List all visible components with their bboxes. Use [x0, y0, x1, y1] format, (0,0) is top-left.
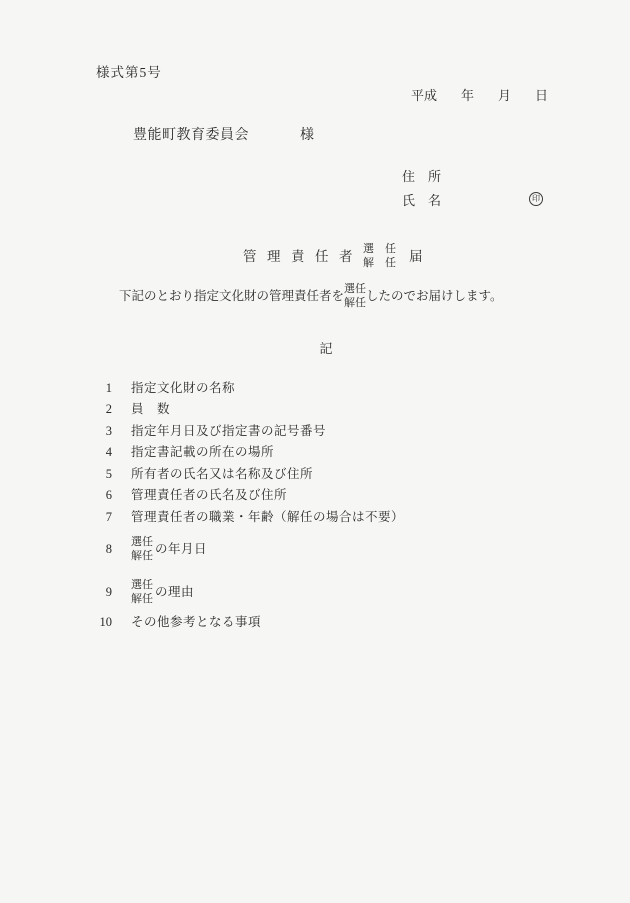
form-number: 様式第5号 — [96, 66, 162, 80]
list-item-2: 2 員 数 — [95, 403, 170, 416]
addressee-line: 豊能町教育委員会 様 — [133, 129, 315, 143]
item-number: 1 — [95, 382, 112, 395]
item-label: 指定年月日及び指定書の記号番号 — [131, 425, 326, 438]
item-number: 5 — [95, 468, 112, 481]
item-number: 6 — [95, 489, 112, 502]
item-dismiss-label: 解任 — [131, 593, 153, 607]
item-number: 7 — [95, 511, 112, 524]
item-appoint-label: 選任 — [131, 579, 153, 593]
item-number: 9 — [95, 586, 112, 599]
item-number: 4 — [95, 446, 112, 459]
seal-icon: 印 — [529, 192, 543, 206]
body-after: したのでお届けします。 — [366, 290, 503, 303]
list-item-7: 7 管理責任者の職業・年齢（解任の場合は不要） — [95, 511, 404, 524]
list-item-8: 8 選任 解任 の年月日 — [95, 536, 207, 563]
title-main: 管理責任者 — [243, 250, 363, 264]
date-day-label: 日 — [535, 89, 548, 102]
title-appoint-label: 選 任 — [363, 243, 396, 257]
list-item-9: 9 選任 解任 の理由 — [95, 579, 194, 606]
sender-name-label: 氏 名 — [402, 194, 441, 207]
item-number: 3 — [95, 425, 112, 438]
item-label: 員 数 — [131, 403, 170, 416]
list-item-4: 4 指定書記載の所在の場所 — [95, 446, 274, 459]
item-dismiss-label: 解任 — [131, 550, 153, 564]
item-label: その他参考となる事項 — [131, 616, 261, 629]
body-before: 下記のとおり指定文化財の管理責任者を — [119, 290, 344, 303]
body-text: 下記のとおり指定文化財の管理責任者を 選任 解任 したのでお届けします。 — [119, 282, 503, 310]
item-label: の年月日 — [155, 543, 207, 556]
seal-character: 印 — [532, 195, 540, 203]
title-suffix: 届 — [409, 250, 423, 264]
item-appoint-dismiss: 選任 解任 — [131, 579, 153, 606]
item-label: 所有者の氏名又は名称及び住所 — [131, 468, 313, 481]
section-marker: 記 — [0, 342, 630, 355]
item-number: 8 — [95, 543, 112, 556]
date-line: 平成 年 月 日 — [411, 89, 548, 102]
date-month-label: 月 — [498, 89, 511, 102]
date-year-label: 年 — [461, 89, 474, 102]
list-item-6: 6 管理責任者の氏名及び住所 — [95, 489, 287, 502]
document-page: 様式第5号 平成 年 月 日 豊能町教育委員会 様 住 所 氏 名 印 管理責任… — [0, 0, 630, 903]
date-era: 平成 — [411, 89, 437, 102]
item-label: 指定文化財の名称 — [131, 382, 235, 395]
item-label: 指定書記載の所在の場所 — [131, 446, 274, 459]
document-title: 管理責任者 選 任 解 任 届 — [243, 243, 423, 270]
addressee-honorific: 様 — [300, 128, 315, 143]
list-item-10: 10 その他参考となる事項 — [95, 616, 261, 629]
item-number: 10 — [95, 616, 112, 629]
item-appoint-dismiss: 選任 解任 — [131, 536, 153, 563]
body-dismiss-label: 解任 — [344, 296, 366, 310]
item-appoint-label: 選任 — [131, 536, 153, 550]
sender-address-label: 住 所 — [402, 170, 441, 183]
title-dismiss-label: 解 任 — [363, 257, 396, 271]
body-appoint-dismiss: 選任 解任 — [344, 282, 366, 310]
list-item-3: 3 指定年月日及び指定書の記号番号 — [95, 425, 326, 438]
item-label: 管理責任者の職業・年齢（解任の場合は不要） — [131, 511, 404, 524]
item-label: 管理責任者の氏名及び住所 — [131, 489, 287, 502]
item-label: の理由 — [155, 586, 194, 599]
list-item-1: 1 指定文化財の名称 — [95, 382, 235, 395]
title-appoint-dismiss: 選 任 解 任 — [363, 243, 396, 270]
addressee-name: 豊能町教育委員会 — [133, 128, 249, 143]
item-number: 2 — [95, 403, 112, 416]
body-appoint-label: 選任 — [344, 282, 366, 296]
list-item-5: 5 所有者の氏名又は名称及び住所 — [95, 468, 313, 481]
